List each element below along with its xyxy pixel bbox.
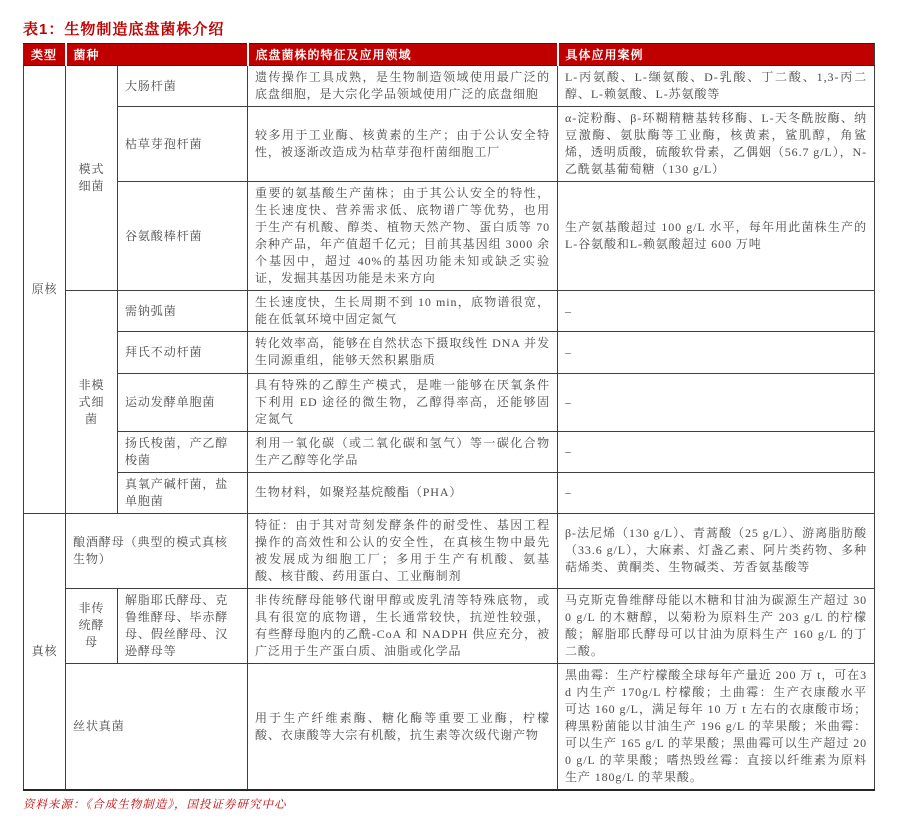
strain-features: 转化效率高，能够在自然状态下摄取线性 DNA 并发生同源重组，能够天然积累脂质 [248, 332, 558, 373]
strain-features: 利用一氧化碳（或二氧化碳和氢气）等一碳化合物生产乙醇等化学品 [248, 431, 558, 472]
header-strain: 菌种 [66, 44, 248, 66]
strain-features: 遗传操作工具成熟，是生物制造领域使用最广泛的底盘细胞，是大宗化学品领域使用广泛的… [248, 66, 558, 107]
strain-cases: L-丙氨酸、L-缬氨酸、D-乳酸、丁二酸、1,3-丙二醇、L-赖氨酸、L-苏氨酸… [558, 66, 875, 107]
strain-features: 生长速度快，生长周期不到 10 min，底物谱很宽，能在低氧环境中固定氮气 [248, 291, 558, 332]
table-row: 真核 酿酒酵母（典型的模式真核生物） 特征：由于其对苛刻发酵条件的耐受性、基因工… [24, 513, 875, 588]
strain-name: 需钠弧菌 [118, 291, 248, 332]
strain-name: 拜氏不动杆菌 [118, 332, 248, 373]
strain-cases: 生产氨基酸超过 100 g/L 水平，每年用此菌株生产的L-谷氨酸和L-赖氨酸超… [558, 182, 875, 291]
strain-cases: – [558, 431, 875, 472]
strain-group-model-bacteria: 模式细菌 [66, 66, 118, 291]
strain-cases: α-淀粉酶、β-环糊精糖基转移酶、L-天冬酰胺酶、纳豆激酶、氨肽酶等工业酶，核黄… [558, 107, 875, 182]
table-row: 拜氏不动杆菌 转化效率高，能够在自然状态下摄取线性 DNA 并发生同源重组，能够… [24, 332, 875, 373]
strain-name: 大肠杆菌 [118, 66, 248, 107]
table-row: 真氧产碱杆菌，盐单胞菌 生物材料，如聚羟基烷酸酯（PHA） – [24, 472, 875, 513]
type-group-prokaryote: 原核 [24, 66, 66, 514]
strain-cases: – [558, 373, 875, 431]
strain-name: 谷氨酸棒杆菌 [118, 182, 248, 291]
table-row: 非模式细菌 需钠弧菌 生长速度快，生长周期不到 10 min，底物谱很宽，能在低… [24, 291, 875, 332]
table-row: 枯草芽孢杆菌 较多用于工业酶、核黄素的生产；由于公认安全特性，被逐渐改造成为枯草… [24, 107, 875, 182]
table-row: 谷氨酸棒杆菌 重要的氨基酸生产菌株；由于其公认安全的特性，生长速度快、营养需求低… [24, 182, 875, 291]
strain-cases: – [558, 332, 875, 373]
strain-features: 具有特殊的乙醇生产模式，是唯一能够在厌氧条件下利用 ED 途径的微生物，乙醇得率… [248, 373, 558, 431]
strain-features: 非传统酵母能够代谢甲醇或废乳清等特殊底物，或具有很宽的底物谱，生长通常较快，抗逆… [248, 588, 558, 663]
strain-name: 丝状真菌 [66, 663, 248, 790]
strain-cases: 马克斯克鲁维酵母能以木糖和甘油为碳源生产超过 300 g/L 的木糖醇，以菊粉为… [558, 588, 875, 663]
table-header-row: 类型 菌种 底盘菌株的特征及应用领域 具体应用案例 [24, 44, 875, 66]
strain-name: 酿酒酵母（典型的模式真核生物） [66, 513, 248, 588]
header-type: 类型 [24, 44, 66, 66]
page-title: 表1：生物制造底盘菌株介绍 [23, 18, 875, 39]
strain-features: 用于生产纤维素酶、糖化酶等重要工业酶，柠檬酸、衣康酸等大宗有机酸，抗生素等次级代… [248, 663, 558, 790]
strain-cases: β-法尼烯（130 g/L）、青蒿酸（25 g/L）、游离脂肪酸（33.6 g/… [558, 513, 875, 588]
strain-name: 枯草芽孢杆菌 [118, 107, 248, 182]
table-row: 非传统酵母 解脂耶氏酵母、克鲁维酵母、毕赤酵母、假丝酵母、汉逊酵母等 非传统酵母… [24, 588, 875, 663]
strain-features: 特征：由于其对苛刻发酵条件的耐受性、基因工程操作的高效性和公认的安全性，在真核生… [248, 513, 558, 588]
table-row: 扬氏梭菌，产乙醇梭菌 利用一氧化碳（或二氧化碳和氢气）等一碳化合物生产乙醇等化学… [24, 431, 875, 472]
strain-group-non-model-bacteria: 非模式细菌 [66, 291, 118, 513]
strain-cases: – [558, 291, 875, 332]
strain-features: 重要的氨基酸生产菌株；由于其公认安全的特性，生长速度快、营养需求低、底物谱广等优… [248, 182, 558, 291]
type-group-eukaryote: 真核 [24, 513, 66, 790]
strain-group-non-conventional-yeast: 非传统酵母 [66, 588, 118, 663]
strain-table: 类型 菌种 底盘菌株的特征及应用领域 具体应用案例 原核 模式细菌 大肠杆菌 遗… [23, 43, 875, 791]
table-row: 丝状真菌 用于生产纤维素酶、糖化酶等重要工业酶，柠檬酸、衣康酸等大宗有机酸，抗生… [24, 663, 875, 790]
header-features: 底盘菌株的特征及应用领域 [248, 44, 558, 66]
table-row: 原核 模式细菌 大肠杆菌 遗传操作工具成熟，是生物制造领域使用最广泛的底盘细胞，… [24, 66, 875, 107]
strain-name: 运动发酵单胞菌 [118, 373, 248, 431]
strain-name: 真氧产碱杆菌，盐单胞菌 [118, 472, 248, 513]
table-row: 运动发酵单胞菌 具有特殊的乙醇生产模式，是唯一能够在厌氧条件下利用 ED 途径的… [24, 373, 875, 431]
strain-cases: 黑曲霉：生产柠檬酸全球每年产量近 200 万 t，可在3d 内生产 170g/L… [558, 663, 875, 790]
header-cases: 具体应用案例 [558, 44, 875, 66]
strain-name: 扬氏梭菌，产乙醇梭菌 [118, 431, 248, 472]
source-note: 资料来源：《合成生物制造》，国投证券研究中心 [23, 796, 875, 812]
strain-name: 解脂耶氏酵母、克鲁维酵母、毕赤酵母、假丝酵母、汉逊酵母等 [118, 588, 248, 663]
strain-cases: – [558, 472, 875, 513]
strain-features: 生物材料，如聚羟基烷酸酯（PHA） [248, 472, 558, 513]
strain-features: 较多用于工业酶、核黄素的生产；由于公认安全特性，被逐渐改造成为枯草芽孢杆菌细胞工… [248, 107, 558, 182]
